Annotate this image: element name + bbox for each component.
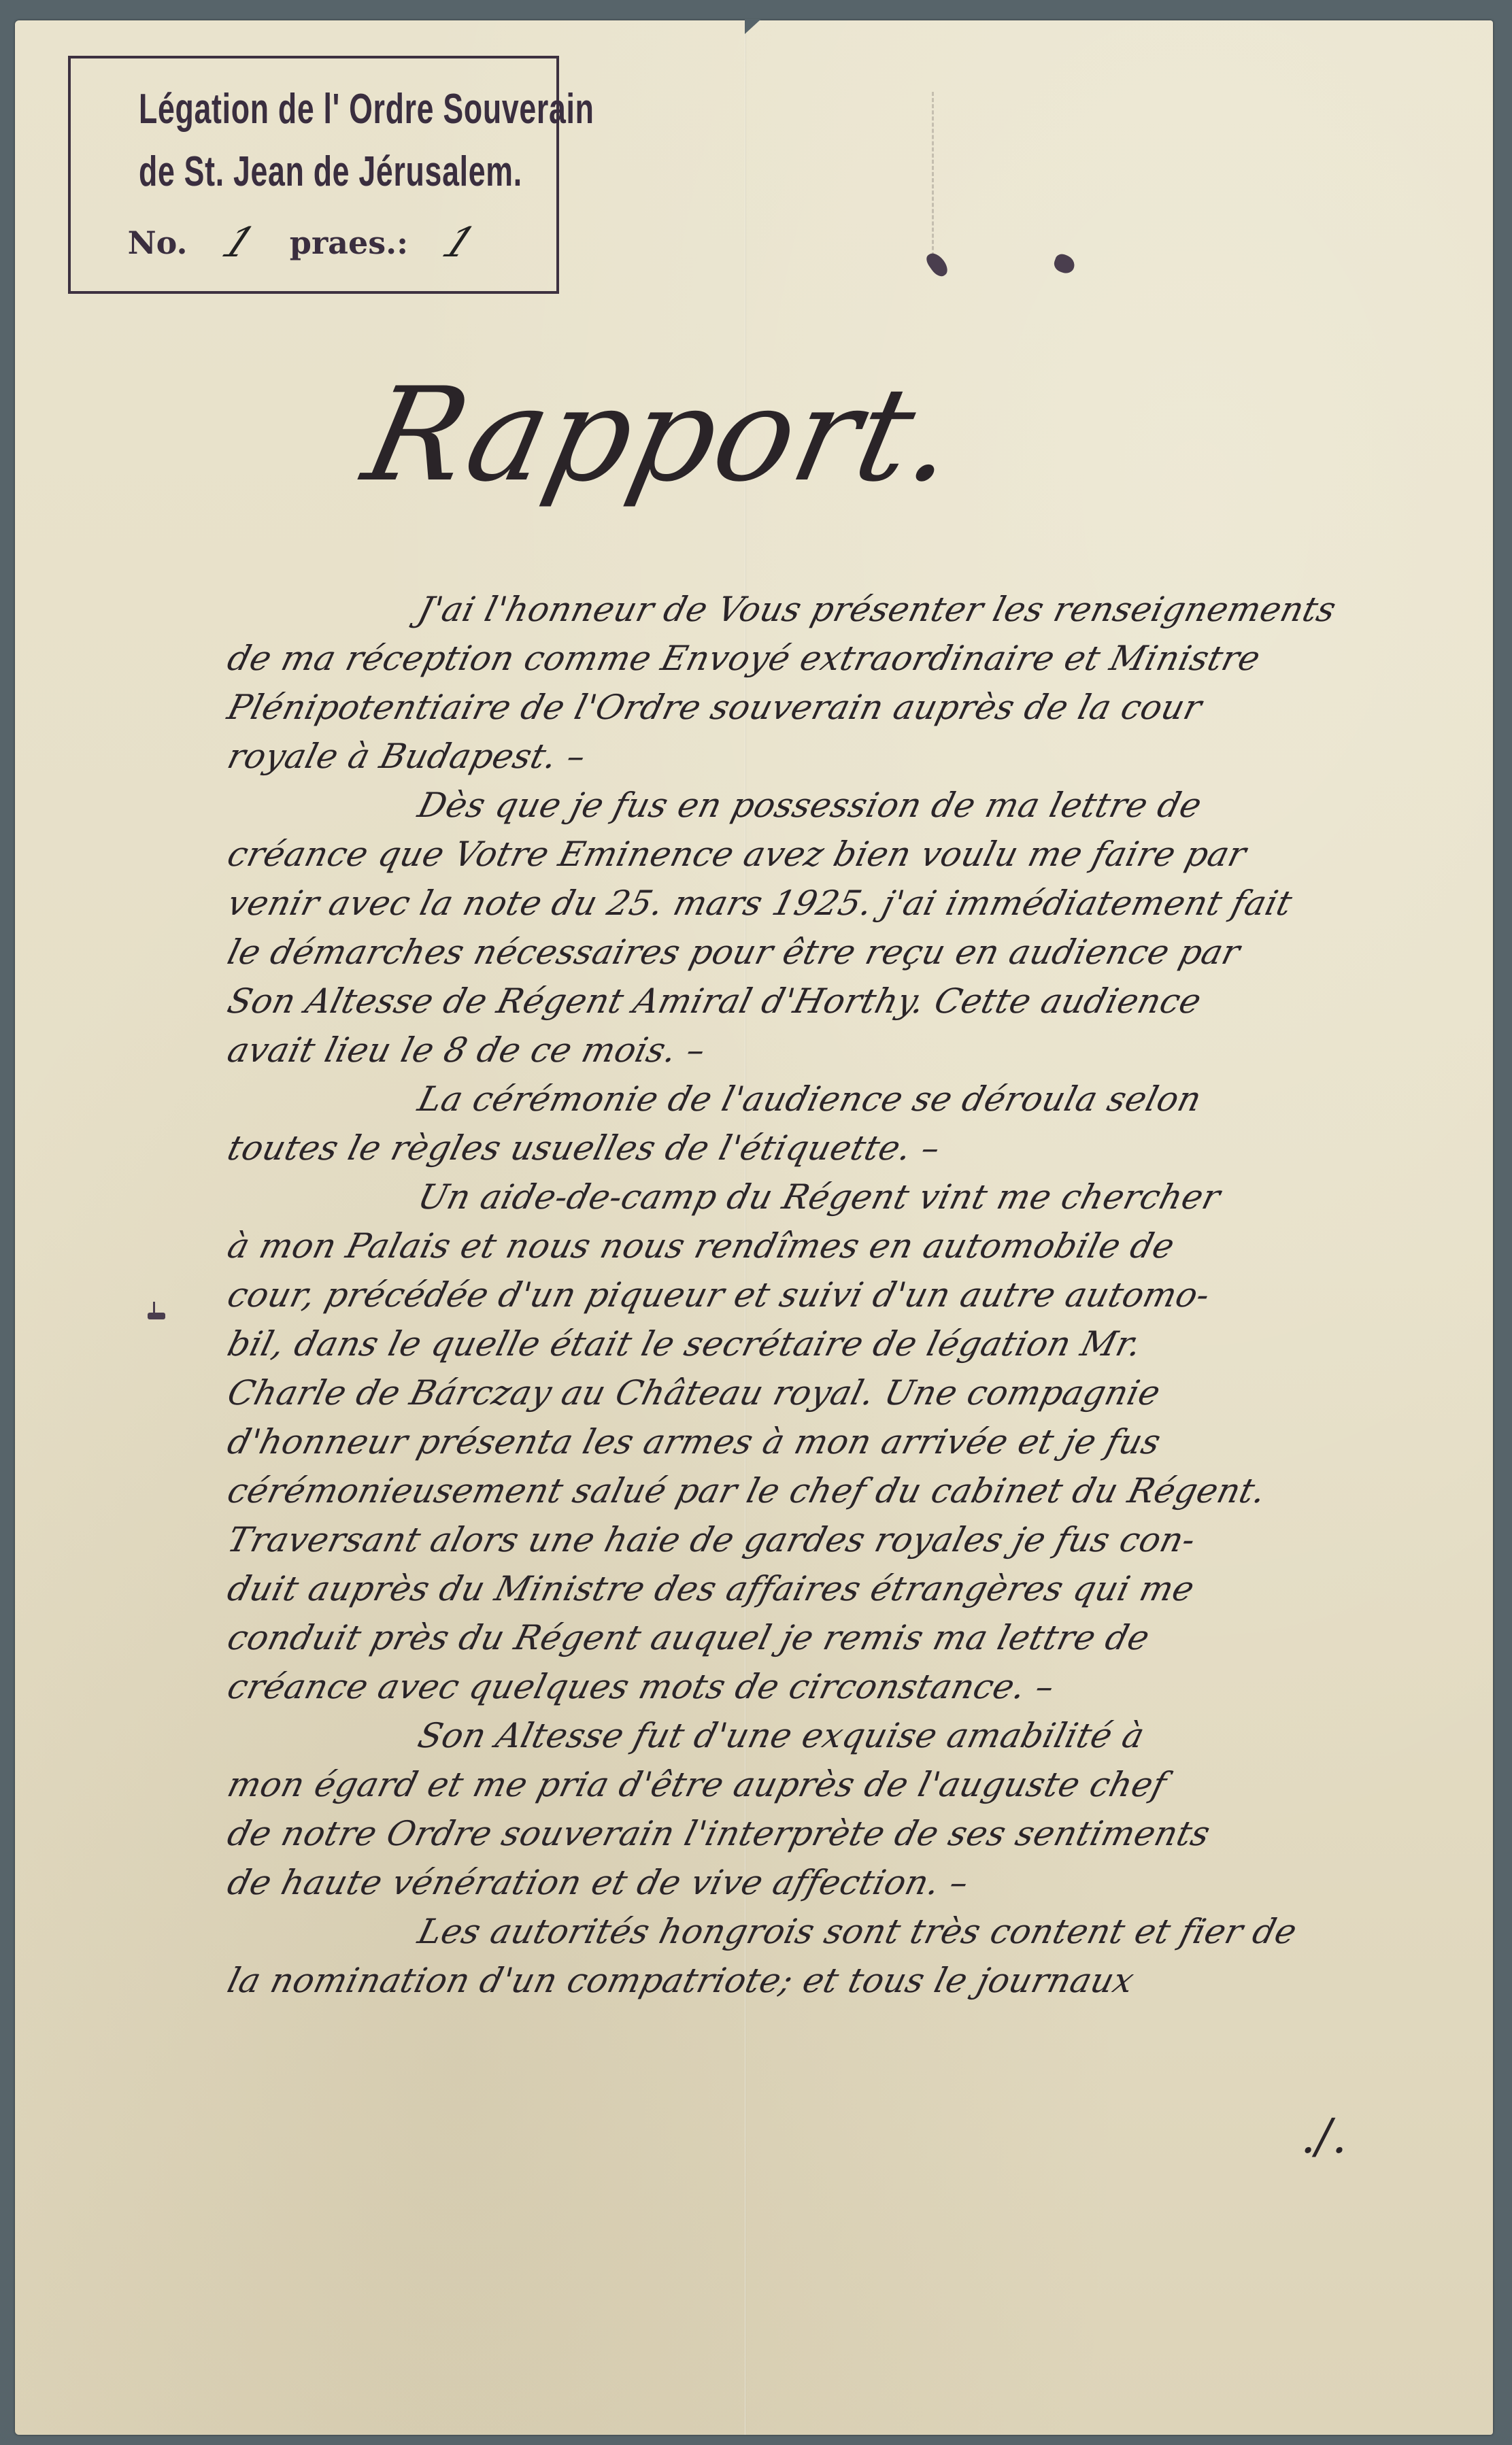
text-line: Charle de Bárczay au Château royal. Une … (222, 1368, 1512, 1417)
text-line: de ma réception comme Envoyé extraordina… (222, 634, 1512, 683)
stamp-number-label: No. (128, 224, 188, 261)
text-line: Plénipotentiaire de l'Ordre souverain au… (222, 683, 1512, 732)
text-line: de haute vénération et de vive affection… (222, 1858, 1512, 1907)
text-line: toutes le règles usuelles de l'étiquette… (222, 1124, 1512, 1173)
stamp-line-2: de St. Jean de Jérusalem. (139, 151, 488, 193)
text-line: bil, dans le quelle était le secrétaire … (222, 1319, 1512, 1368)
stamp-line-1: Légation de l' Ordre Souverain (139, 88, 488, 131)
text-line: conduit près du Régent auquel je remis m… (222, 1613, 1512, 1662)
text-line: le démarches nécessaires pour être reçu … (222, 928, 1512, 977)
text-line: d'honneur présenta les armes à mon arriv… (222, 1417, 1512, 1466)
text-line: La cérémonie de l'audience se déroula se… (222, 1075, 1512, 1124)
faded-stamp-impression (932, 92, 1451, 269)
text-line: royale à Budapest. – (222, 732, 1512, 781)
text-line: créance que Votre Eminence avez bien vou… (222, 830, 1512, 879)
text-line: Son Altesse fut d'une exquise amabilité … (222, 1711, 1512, 1760)
document-page: Légation de l' Ordre Souverain de St. Je… (15, 20, 1493, 2435)
letter-body: J'ai l'honneur de Vous présenter les ren… (222, 585, 1501, 2005)
text-line: Dès que je fus en possession de ma lettr… (222, 781, 1512, 830)
text-line: duit auprès du Ministre des affaires étr… (222, 1564, 1512, 1613)
stamp-number-value: 1 (214, 219, 263, 267)
stamp-number-row: No. 1 praes.: 1 (71, 219, 556, 267)
text-line: venir avec la note du 25. mars 1925. j'a… (222, 879, 1512, 928)
text-line: Un aide-de-camp du Régent vint me cherch… (222, 1173, 1512, 1221)
text-line: Son Altesse de Régent Amiral d'Horthy. C… (222, 977, 1512, 1026)
text-line: cour, précédée d'un piqueur et suivi d'u… (222, 1270, 1512, 1319)
text-line: mon égard et me pria d'être auprès de l'… (222, 1760, 1512, 1809)
page-turn-mark: ./. (1300, 2108, 1347, 2164)
stamp-praes-label: praes.: (290, 224, 408, 261)
text-line: J'ai l'honneur de Vous présenter les ren… (222, 585, 1512, 634)
document-title: Rapport. (351, 354, 903, 517)
text-line: à mon Palais et nous nous rendîmes en au… (222, 1221, 1512, 1270)
text-line: de notre Ordre souverain l'interprète de… (222, 1809, 1512, 1858)
margin-tick-icon (148, 1313, 165, 1319)
text-line: Traversant alors une haie de gardes roya… (222, 1515, 1512, 1564)
text-line: Les autorités hongrois sont très content… (222, 1907, 1512, 1956)
text-line: la nomination d'un compatriote; et tous … (222, 1956, 1512, 2005)
legation-stamp: Légation de l' Ordre Souverain de St. Je… (68, 56, 559, 294)
text-line: créance avec quelques mots de circonstan… (222, 1662, 1512, 1711)
stamp-praes-value: 1 (435, 219, 484, 267)
text-line: avait lieu le 8 de ce mois. – (222, 1026, 1512, 1075)
text-line: cérémonieusement salué par le chef du ca… (222, 1466, 1512, 1515)
